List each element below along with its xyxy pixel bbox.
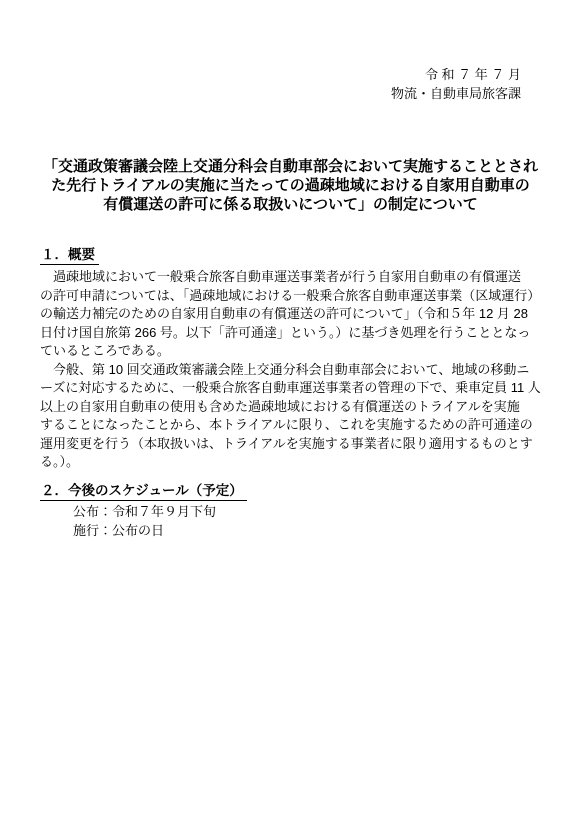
section-overview-heading: １．概要	[40, 247, 99, 265]
document-title-line: 有償運送の許可に係る取扱いについて」の制定について	[0, 195, 581, 214]
overview-paragraph-line: することになったことから、本トライアルに限り、これを実施するための許可通達の	[40, 416, 543, 435]
overview-paragraph-line: る。）。	[40, 453, 543, 472]
overview-heading-text: １．概要	[40, 247, 99, 265]
overview-paragraph-line: ているところである。	[40, 342, 543, 361]
issue-date: 令 和 ７ 年 ７ 月	[391, 66, 521, 85]
document-title-line: た先行トライアルの実施に当たっての過疎地域における自家用自動車の	[0, 176, 581, 195]
document-title-line: 「交通政策審議会陸上交通分科会自動車部会において実施することとされ	[0, 157, 581, 176]
schedule-heading-text: ２．今後のスケジュール（予定）	[40, 483, 247, 501]
document-header: 令 和 ７ 年 ７ 月 物流・自動車局旅客課	[391, 66, 521, 103]
overview-paragraph-line: の許可申請については、「過疎地域における一般乗合旅客自動車運送事業（区域運行）	[40, 287, 543, 306]
section-schedule-heading: ２．今後のスケジュール（予定）	[40, 483, 247, 501]
schedule-item: 公布：令和７年９月下旬	[73, 503, 216, 522]
overview-paragraph-line: 今般、第 10 回交通政策審議会陸上交通分科会自動車部会において、地域の移動ニ	[40, 361, 543, 380]
document-page: 令 和 ７ 年 ７ 月 物流・自動車局旅客課 「交通政策審議会陸上交通分科会自動…	[0, 0, 581, 827]
overview-paragraph-line: 過疎地域において一般乗合旅客自動車運送事業者が行う自家用自動車の有償運送	[40, 268, 543, 287]
schedule-list: 公布：令和７年９月下旬施行：公布の日	[73, 503, 216, 540]
document-title: 「交通政策審議会陸上交通分科会自動車部会において実施することとされた先行トライア…	[0, 157, 581, 214]
schedule-item: 施行：公布の日	[73, 522, 216, 541]
overview-paragraph-line: 運用変更を行う（本取扱いは、トライアルを実施する事業者に限り適用するものとす	[40, 435, 543, 454]
overview-paragraph: 過疎地域において一般乗合旅客自動車運送事業者が行う自家用自動車の有償運送の許可申…	[40, 268, 543, 472]
overview-paragraph-line: ーズに対応するために、一般乗合旅客自動車運送事業者の管理の下で、乗車定員 11 …	[40, 379, 543, 398]
overview-paragraph-line: 以上の自家用自動車の使用も含めた過疎地域における有償運送のトライアルを実施	[40, 398, 543, 417]
overview-paragraph-line: 日付け国自旅第 266 号。以下「許可通達」という。）に基づき処理を行うこととな…	[40, 324, 543, 343]
overview-paragraph-line: の輸送力補完のための自家用自動車の有償運送の許可について」（令和５年 12 月 …	[40, 305, 543, 324]
issuing-department: 物流・自動車局旅客課	[391, 85, 521, 104]
